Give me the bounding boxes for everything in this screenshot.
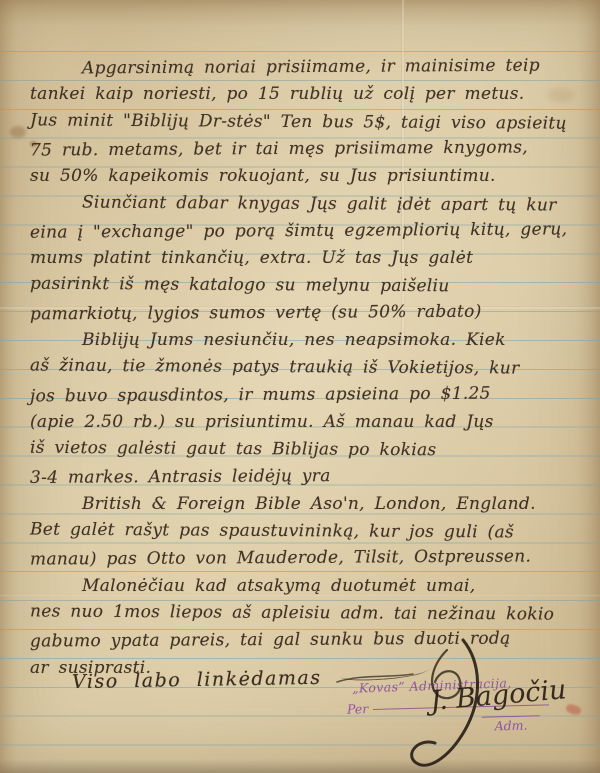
letter-line: 3-4 markes. Antrasis leidėjų yra: [30, 462, 331, 492]
letter-line: Siunčiant dabar knygas Jųs galit įdėt ap…: [82, 188, 557, 219]
letter-line: gabumo ypata pareis, tai gal sunku bus d…: [30, 625, 511, 656]
scanned-letter: Apgarsinimą noriai prisiimame, ir mainis…: [0, 0, 600, 773]
letter-line: manau) pas Otto von Mauderode, Tilsit, O…: [30, 543, 531, 574]
letter-line: aš žinau, tie žmonės patys traukią iš Vo…: [30, 352, 520, 383]
letter-line: (apie 2.50 rb.) su prisiuntimu. Aš manau…: [30, 408, 494, 436]
stamp-signature-rule: [373, 703, 549, 710]
letter-line: su 50% kapeikomis rokuojant, su Jus pris…: [30, 162, 496, 190]
letter-line: tankei kaip noriesti, po 15 rublių už co…: [30, 80, 524, 108]
letter-line: iš vietos galėsti gaut tas Biblijas po k…: [30, 434, 437, 464]
letter-line: Jus minit "Biblijų Dr-stės" Ten bus 5$, …: [30, 106, 567, 137]
letter-line: Biblijų Jums nesiunčiu, nes neapsimoka. …: [82, 326, 506, 354]
letter-line: Apgarsinimą noriai prisiimame, ir mainis…: [82, 52, 540, 83]
letter-line: eina į "exchange" po porą šimtų egzempli…: [30, 215, 567, 246]
letter-page: Apgarsinimą noriai prisiimame, ir mainis…: [0, 0, 600, 773]
letter-line: mums platint tinkančių, extra. Už tas Jų…: [30, 244, 473, 272]
letter-line: pasirinkt iš męs katalogo su melynu paiš…: [30, 270, 450, 301]
letter-line: British & Foreign Bible Aso'n, London, E…: [82, 490, 536, 518]
letter-line: Bet galėt rašyt pas spaustuvininką, kur …: [30, 516, 514, 547]
letter-line: pamarkiotų, lygios sumos vertę (su 50% r…: [30, 297, 482, 328]
stamp-role: Adm.: [482, 715, 540, 734]
letter-body: Apgarsinimą noriai prisiimame, ir mainis…: [0, 0, 600, 773]
stamp-per-label: Per: [347, 701, 369, 717]
letter-line: 75 rub. metams, bet ir tai męs prisiimam…: [30, 133, 528, 164]
letter-line: Malonėčiau kad atsakymą duotumėt umai,: [82, 572, 476, 600]
closing-text: Viso labo linkėdamas: [72, 667, 322, 693]
letter-line: jos buvo spausdintos, ir mums apsieina p…: [30, 379, 491, 410]
